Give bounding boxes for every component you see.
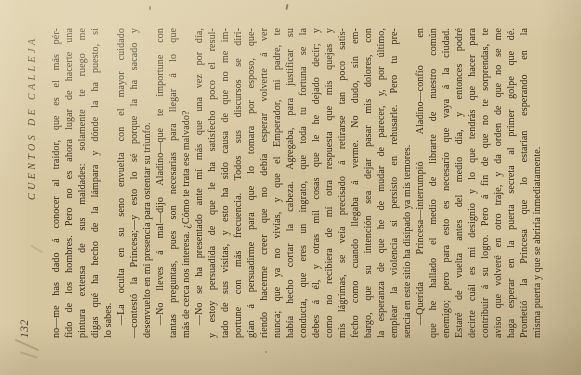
text-line: más de cerca nos interesa. ¿Cómo te trat… bbox=[180, 28, 193, 338]
text-line: Estaré de vuelta antes del medio día, y … bbox=[453, 28, 466, 338]
text-line: Prometió la Princesa que lo estarían esp… bbox=[518, 28, 531, 338]
text-line: había hecho cortar la cabeza. Agregaba, … bbox=[284, 28, 297, 338]
text-line: tantas preguntas, pues son necesarias pa… bbox=[167, 28, 180, 338]
text-line: —contestó la Princesa;—y esto lo sé porq… bbox=[128, 28, 141, 338]
text-line: desenvuelto en mi presencia para ostenta… bbox=[141, 28, 154, 338]
text-line: conducta, que eres un ingrato, que toda … bbox=[297, 28, 310, 338]
text-line: emplear la violencia si persisto en rehu… bbox=[388, 28, 401, 338]
text-line: sencia en este sitio ha disipado ya mis … bbox=[401, 28, 414, 338]
text-line: fido de los hombres. Pero no es ahora lu… bbox=[63, 28, 76, 338]
text-line: —La oculta en su seno envuelta con el ma… bbox=[115, 28, 128, 338]
text-line: digas qué ha hecho de la lámpara y dónde… bbox=[89, 28, 102, 338]
text-line: no—me has dado á conocer al traidor, que… bbox=[50, 28, 63, 338]
text-line: —Querida Princesa—interrumpió Aladino—co… bbox=[414, 28, 427, 338]
page-surface: 132 CUENTOS DE CALLEJA no—me has dado á … bbox=[0, 0, 581, 375]
text-line: —No lleves á mal—dijo Aladino—que te imp… bbox=[154, 28, 167, 338]
text-line: —No se ha presentado ante mí más que una… bbox=[193, 28, 206, 338]
text-line: enemigo; pero para esto es necesario que… bbox=[440, 28, 453, 338]
page-header: 132 CUENTOS DE CALLEJA bbox=[0, 0, 46, 375]
text-line: fecho como cuando llegaba á verme. No du… bbox=[349, 28, 362, 338]
page-number: 132 bbox=[19, 319, 31, 338]
text-line: decirte cuál es mi designio y lo que ten… bbox=[466, 28, 479, 338]
text-line: riendo hacerme creer que no debía espera… bbox=[258, 28, 271, 338]
text-line: que he hallado el medio de librarte de n… bbox=[427, 28, 440, 338]
text-line: la esperanza de que he de mudar de parec… bbox=[375, 28, 388, 338]
running-title: CUENTOS DE CALLEJA bbox=[27, 36, 38, 200]
text-line: contribuir á su logro. Pero á fin de que… bbox=[479, 28, 492, 338]
text-line: gían á persuadirme para que lo tomara po… bbox=[245, 28, 258, 338]
text-line: nunca; que ya no vivías, y que el Empera… bbox=[271, 28, 284, 338]
text-line: pintura extensa de sus maldades: solamen… bbox=[76, 28, 89, 338]
text-line: aviso que volveré en otro traje, y da or… bbox=[492, 28, 505, 338]
text-line: lo sabes. bbox=[102, 28, 115, 338]
text-line: misma puerta y que se abriría inmediatam… bbox=[531, 28, 544, 338]
text-line: mis lágrimas, se veía precisado á retira… bbox=[336, 28, 349, 338]
text-line: como no recibiera de mí otra respuesta q… bbox=[323, 28, 336, 338]
scanned-page-photo: 132 CUENTOS DE CALLEJA no—me has dado á … bbox=[0, 0, 581, 375]
text-line: debes á él, y otras mil cosas que le he … bbox=[310, 28, 323, 338]
text-line: y estoy persuadida de que le ha satisfec… bbox=[206, 28, 219, 338]
text-line: bargo, que su intención sea dejar pasar … bbox=[362, 28, 375, 338]
text-line: tado de sus visitas, y esto ha sido caus… bbox=[219, 28, 232, 338]
text-line: haga esperar en la puerta secreta al pri… bbox=[505, 28, 518, 338]
text-block: no—me has dado á conocer al traidor, que… bbox=[50, 28, 544, 338]
text-line: portune con más frecuencia. Todos sus di… bbox=[232, 28, 245, 338]
